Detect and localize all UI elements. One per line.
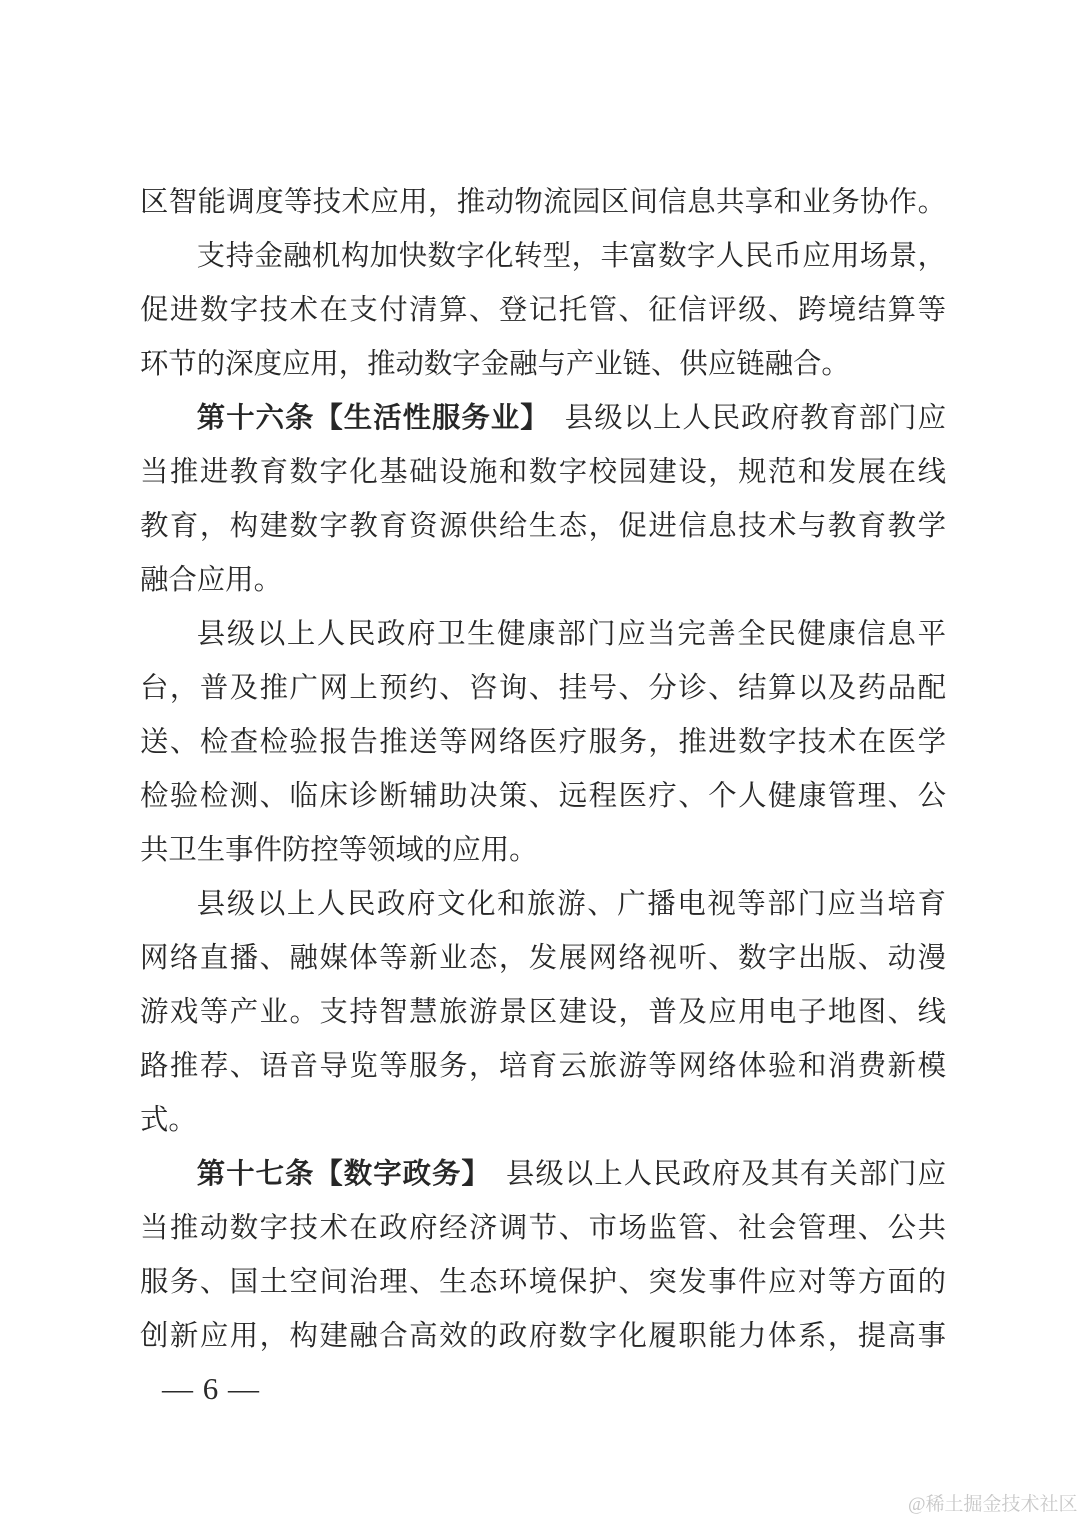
- body-text-segment: 路推荐、语音导览等服务，培育云旅游等网络体验和消费新模: [140, 1051, 946, 1082]
- document-page: 区智能调度等技术应用，推动物流园区间信息共享和业务协作。支持金融机构加快数字化转…: [0, 0, 1080, 1526]
- text-line: 环节的深度应用，推动数字金融与产业链、供应链融合。: [140, 338, 946, 392]
- text-line: 融合应用。: [140, 554, 946, 608]
- body-text-segment: 县级以上人民政府卫生健康部门应当完善全民健康信息平: [197, 619, 946, 650]
- text-line: 区智能调度等技术应用，推动物流园区间信息共享和业务协作。: [140, 176, 946, 230]
- body-text-segment: 游戏等产业。支持智慧旅游景区建设，普及应用电子地图、线: [140, 997, 946, 1028]
- text-line: 创新应用，构建融合高效的政府数字化履职能力体系，提高事: [140, 1310, 946, 1364]
- text-line: 县级以上人民政府卫生健康部门应当完善全民健康信息平: [140, 608, 946, 662]
- text-line: 式。: [140, 1094, 946, 1148]
- body-text-segment: 区智能调度等技术应用，推动物流园区间信息共享和业务协作。: [140, 187, 946, 218]
- body-text-segment: 服务、国土空间治理、生态环境保护、突发事件应对等方面的: [140, 1267, 946, 1298]
- text-line: 检验检测、临床诊断辅助决策、远程医疗、个人健康管理、公: [140, 770, 946, 824]
- body-text-segment: 县级以上人民政府及其有关部门应: [477, 1159, 946, 1190]
- body-text-segment: 环节的深度应用，推动数字金融与产业链、供应链融合。: [140, 349, 850, 380]
- text-line: 当推动数字技术在政府经济调节、市场监管、社会管理、公共: [140, 1202, 946, 1256]
- body-text-segment: 创新应用，构建融合高效的政府数字化履职能力体系，提高事: [140, 1321, 946, 1352]
- body-text-segment: 台，普及推广网上预约、咨询、挂号、分诊、结算以及药品配: [140, 673, 946, 704]
- text-line: 支持金融机构加快数字化转型，丰富数字人民币应用场景，: [140, 230, 946, 284]
- text-line: 第十六条【生活性服务业】 县级以上人民政府教育部门应: [140, 392, 946, 446]
- text-line: 促进数字技术在支付清算、登记托管、征信评级、跨境结算等: [140, 284, 946, 338]
- body-text-segment: 共卫生事件防控等领域的应用。: [140, 835, 537, 866]
- body-text-segment: 检验检测、临床诊断辅助决策、远程医疗、个人健康管理、公: [140, 781, 946, 812]
- text-line: 当推进教育数字化基础设施和数字校园建设，规范和发展在线: [140, 446, 946, 500]
- page-number: — 6 —: [162, 1372, 260, 1406]
- text-line: 服务、国土空间治理、生态环境保护、突发事件应对等方面的: [140, 1256, 946, 1310]
- body-text-segment: 教育，构建数字教育资源供给生态，促进信息技术与教育教学: [140, 511, 946, 542]
- text-line: 路推荐、语音导览等服务，培育云旅游等网络体验和消费新模: [140, 1040, 946, 1094]
- body-text-segment: 县级以上人民政府教育部门应: [535, 403, 946, 434]
- text-line: 县级以上人民政府文化和旅游、广播电视等部门应当培育: [140, 878, 946, 932]
- body-text-segment: 式。: [140, 1105, 197, 1136]
- text-line: 共卫生事件防控等领域的应用。: [140, 824, 946, 878]
- article-heading: 第十七条【数字政务】: [197, 1159, 477, 1190]
- watermark: @稀土掘金技术社区: [908, 1494, 1078, 1516]
- body-text-segment: 促进数字技术在支付清算、登记托管、征信评级、跨境结算等: [140, 295, 946, 326]
- body-text-segment: 支持金融机构加快数字化转型，丰富数字人民币应用场景，: [197, 241, 946, 272]
- article-heading: 第十六条【生活性服务业】: [197, 403, 536, 434]
- document-body-text: 区智能调度等技术应用，推动物流园区间信息共享和业务协作。支持金融机构加快数字化转…: [140, 176, 946, 1364]
- body-text-segment: 当推动数字技术在政府经济调节、市场监管、社会管理、公共: [140, 1213, 946, 1244]
- body-text-segment: 送、检查检验报告推送等网络医疗服务，推进数字技术在医学: [140, 727, 946, 758]
- body-text-segment: 网络直播、融媒体等新业态，发展网络视听、数字出版、动漫: [140, 943, 946, 974]
- text-line: 台，普及推广网上预约、咨询、挂号、分诊、结算以及药品配: [140, 662, 946, 716]
- body-text-segment: 融合应用。: [140, 565, 282, 596]
- text-line: 教育，构建数字教育资源供给生态，促进信息技术与教育教学: [140, 500, 946, 554]
- text-line: 网络直播、融媒体等新业态，发展网络视听、数字出版、动漫: [140, 932, 946, 986]
- text-line: 送、检查检验报告推送等网络医疗服务，推进数字技术在医学: [140, 716, 946, 770]
- body-text-segment: 县级以上人民政府文化和旅游、广播电视等部门应当培育: [197, 889, 946, 920]
- text-line: 游戏等产业。支持智慧旅游景区建设，普及应用电子地图、线: [140, 986, 946, 1040]
- body-text-segment: 当推进教育数字化基础设施和数字校园建设，规范和发展在线: [140, 457, 946, 488]
- text-line: 第十七条【数字政务】 县级以上人民政府及其有关部门应: [140, 1148, 946, 1202]
